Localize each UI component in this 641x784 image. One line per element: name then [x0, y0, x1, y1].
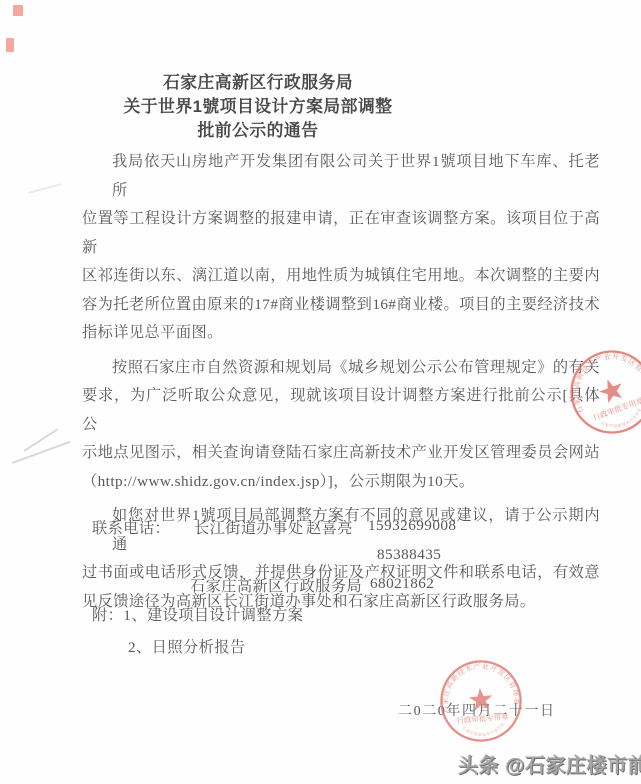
seal-ring-text-small: 石家庄高新技术产业开发区管理委员会 [433, 653, 506, 741]
body-line: 按照石家庄市自然资源和规划局《城乡规划公示公布管理规定》的有关 [82, 354, 600, 383]
doc-body: 我局依天山房地产开发集团有限公司关于世界1號项目地下车库、托老所 位置等工程设计… [82, 148, 600, 616]
body-line: 要求，为广泛听取公众意见，现就该项目设计调整方案进行批前公示[具体公 [82, 382, 600, 439]
red-corner-mark-top [13, 5, 23, 16]
title-line-1: 石家庄高新区行政服务局 [0, 71, 516, 95]
attachment-1: 附：1、建设项目设计调整方案 [92, 604, 303, 625]
body-line: 我局依天山房地产开发集团有限公司关于世界1號项目地下车库、托老所 [82, 148, 600, 205]
issue-date: 二0二0年四月二十一日 [398, 700, 556, 720]
red-corner-mark-left [6, 38, 14, 52]
doc-title: 石家庄高新区行政服务局 关于世界1號项目设计方案局部调整 批前公示的通告 [0, 71, 516, 143]
title-line-2: 关于世界1號项目设计方案局部调整 [0, 95, 516, 119]
body-line: 位置等工程设计方案调整的报建申请，正在审查该调整方案。该项目位于高新 [82, 205, 600, 262]
body-line: 容为托老所位置由原来的17#商业楼调整到16#商业楼。项目的主要经济技术 [82, 291, 600, 320]
star-icon [596, 375, 626, 405]
contact-person-1: 赵喜亮 [306, 517, 353, 538]
contact-phone-2: 85388435 [377, 546, 441, 564]
paragraph-2: 按照石家庄市自然资源和规划局《城乡规划公示公布管理规定》的有关 要求，为广泛听取… [82, 354, 600, 497]
body-line: 区祁连街以东、漓江道以南，用地性质为城镇住宅用地。本次调整的主要内 [82, 262, 600, 291]
paragraph-1: 我局依天山房地产开发集团有限公司关于世界1號项目地下车库、托老所 位置等工程设计… [82, 148, 600, 348]
contact-office-1: 长江街道办事处 [194, 517, 303, 538]
document-page: 石家庄高新区行政服务局 关于世界1號项目设计方案局部调整 批前公示的通告 我局依… [0, 0, 641, 784]
title-line-3: 批前公示的通告 [0, 119, 516, 143]
pencil-mark-1 [28, 183, 61, 193]
watermark: 头条 @石家庄楼市前沿 [458, 749, 641, 778]
contact-label: 联系电话： [92, 517, 170, 538]
body-line: 示地点见图示，相关查询请登陆石家庄高新技术产业开发区管理委员会网站 [82, 439, 600, 468]
body-line: （http://www.shidz.gov.cn/index.jsp）]，公示期… [82, 468, 600, 497]
contact-phone-3: 68021862 [370, 575, 434, 593]
body-line: 指标详见总平面图。 [82, 319, 600, 348]
contact-office-2: 石家庄高新区行政服务局 [190, 575, 362, 596]
attachment-2: 2、日照分析报告 [128, 636, 246, 657]
pencil-mark-2 [12, 441, 71, 464]
contact-phone-1: 15932699008 [368, 517, 456, 535]
